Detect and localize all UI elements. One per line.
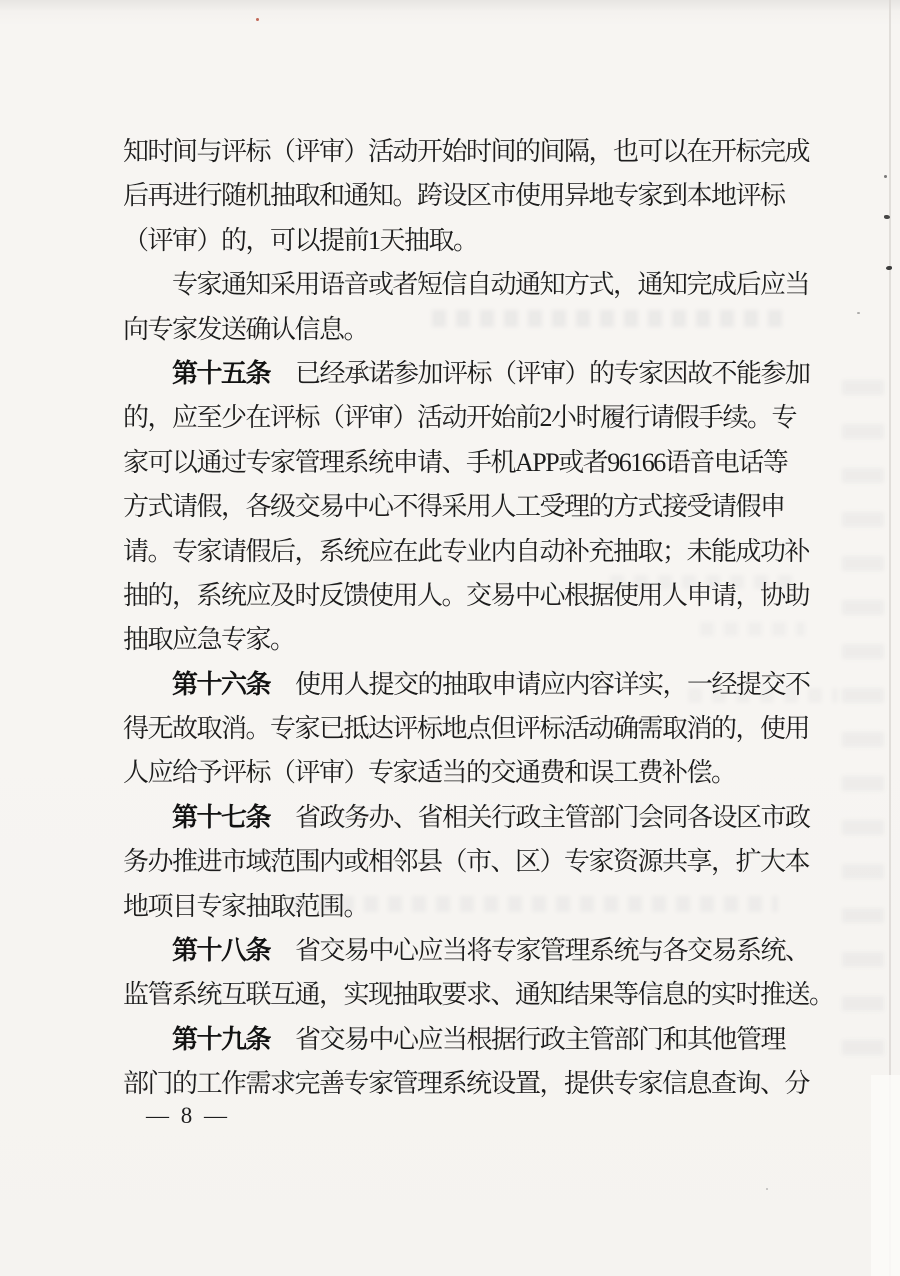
document-line: 第十五条已经承诺参加评标（评审）的专家因故不能参加 [123, 352, 823, 396]
bleed-through-smudge [610, 575, 800, 589]
scanned-document: { "document": { "page_number": "— 8 —", … [0, 0, 900, 1276]
bleed-through-smudge [432, 310, 788, 327]
text-segment: 的，应至少在评标（评审）活动开始前2小时履行请假手续。专 [123, 403, 796, 432]
document-line: 务办推进市域范围内或相邻县（市、区）专家资源共享，扩大本 [123, 840, 823, 884]
document-line: 得无故取消。专家已抵达评标地点但评标活动确需取消的，使用 [123, 707, 823, 751]
scan-speck [886, 266, 892, 270]
article-heading: 第十八条 [172, 936, 270, 965]
document-body: 知时间与评标（评审）活动开始时间的间隔，也可以在开标完成后再进行随机抽取和通知。… [123, 130, 823, 1107]
text-segment: 已经承诺参加评标（评审）的专家因故不能参加 [295, 359, 810, 388]
document-line: 后再进行随机抽取和通知。跨设区市使用异地专家到本地评标 [123, 174, 823, 218]
article-heading: 第十九条 [172, 1025, 270, 1054]
scan-right-strip [871, 1075, 900, 1276]
scan-speck [857, 312, 860, 314]
document-line: 知时间与评标（评审）活动开始时间的间隔，也可以在开标完成 [123, 130, 823, 174]
document-line: 方式请假，各级交易中心不得采用人工受理的方式接受请假申 [123, 485, 823, 529]
scan-top-edge [0, 0, 900, 11]
text-segment: 省交易中心应当根据行政主管部门和其他管理 [295, 1025, 785, 1054]
scan-speck [766, 1188, 768, 1190]
document-line: （评审）的，可以提前1天抽取。 [123, 219, 823, 263]
document-line: 人应给予评标（评审）专家适当的交通费和误工费补偿。 [123, 751, 823, 795]
scan-speck [256, 18, 259, 21]
page-number: — 8 — [146, 1103, 230, 1129]
text-segment: （评审）的，可以提前1天抽取。 [123, 226, 478, 255]
text-segment: 人应给予评标（评审）专家适当的交通费和误工费补偿。 [123, 758, 736, 787]
scan-speck [884, 215, 890, 219]
text-segment: 专家通知采用语音或者短信自动通知方式，通知完成后应当 [172, 270, 809, 299]
scan-speck [884, 175, 887, 178]
scanned-page: 知时间与评标（评审）活动开始时间的间隔，也可以在开标完成后再进行随机抽取和通知。… [0, 0, 900, 1276]
document-line: 家可以通过专家管理系统申请、手机APP或者96166语音电话等 [123, 441, 823, 485]
document-line: 的，应至少在评标（评审）活动开始前2小时履行请假手续。专 [123, 396, 823, 440]
bleed-through-smudge [842, 380, 884, 1080]
text-segment: 向专家发送确认信息。 [123, 315, 368, 344]
text-segment: 方式请假，各级交易中心不得采用人工受理的方式接受请假申 [123, 492, 785, 521]
document-line: 监管系统互联互通，实现抽取要求、通知结果等信息的实时推送。 [123, 973, 823, 1017]
document-line: 第十八条省交易中心应当将专家管理系统与各交易系统、 [123, 929, 823, 973]
bleed-through-smudge [688, 688, 838, 703]
text-segment: 部门的工作需求完善专家管理系统设置，提供专家信息查询、分 [123, 1069, 809, 1098]
text-segment: 请。专家请假后，系统应在此专业内自动补充抽取；未能成功补 [123, 537, 809, 566]
text-segment: 务办推进市域范围内或相邻县（市、区）专家资源共享，扩大本 [123, 847, 809, 876]
bleed-through-smudge [292, 896, 778, 912]
text-segment: 省交易中心应当将专家管理系统与各交易系统、 [295, 936, 810, 965]
document-line: 第十七条省政务办、省相关行政主管部门会同各设区市政 [123, 796, 823, 840]
text-segment: 知时间与评标（评审）活动开始时间的间隔，也可以在开标完成 [123, 137, 809, 166]
document-line: 第十九条省交易中心应当根据行政主管部门和其他管理 [123, 1018, 823, 1062]
article-heading: 第十五条 [172, 359, 270, 388]
article-heading: 第十六条 [172, 670, 270, 699]
document-line: 部门的工作需求完善专家管理系统设置，提供专家信息查询、分 [123, 1062, 823, 1106]
document-line: 专家通知采用语音或者短信自动通知方式，通知完成后应当 [123, 263, 823, 307]
text-segment: 监管系统互联互通，实现抽取要求、通知结果等信息的实时推送。 [123, 980, 834, 1009]
text-segment: 得无故取消。专家已抵达评标地点但评标活动确需取消的，使用 [123, 714, 809, 743]
bleed-through-smudge [700, 622, 805, 636]
document-line: 请。专家请假后，系统应在此专业内自动补充抽取；未能成功补 [123, 530, 823, 574]
text-segment: 家可以通过专家管理系统申请、手机APP或者96166语音电话等 [123, 448, 787, 477]
article-heading: 第十七条 [172, 803, 270, 832]
text-segment: 省政务办、省相关行政主管部门会同各设区市政 [295, 803, 810, 832]
text-segment: 后再进行随机抽取和通知。跨设区市使用异地专家到本地评标 [123, 181, 785, 210]
text-segment: 抽取应急专家。 [123, 625, 295, 654]
